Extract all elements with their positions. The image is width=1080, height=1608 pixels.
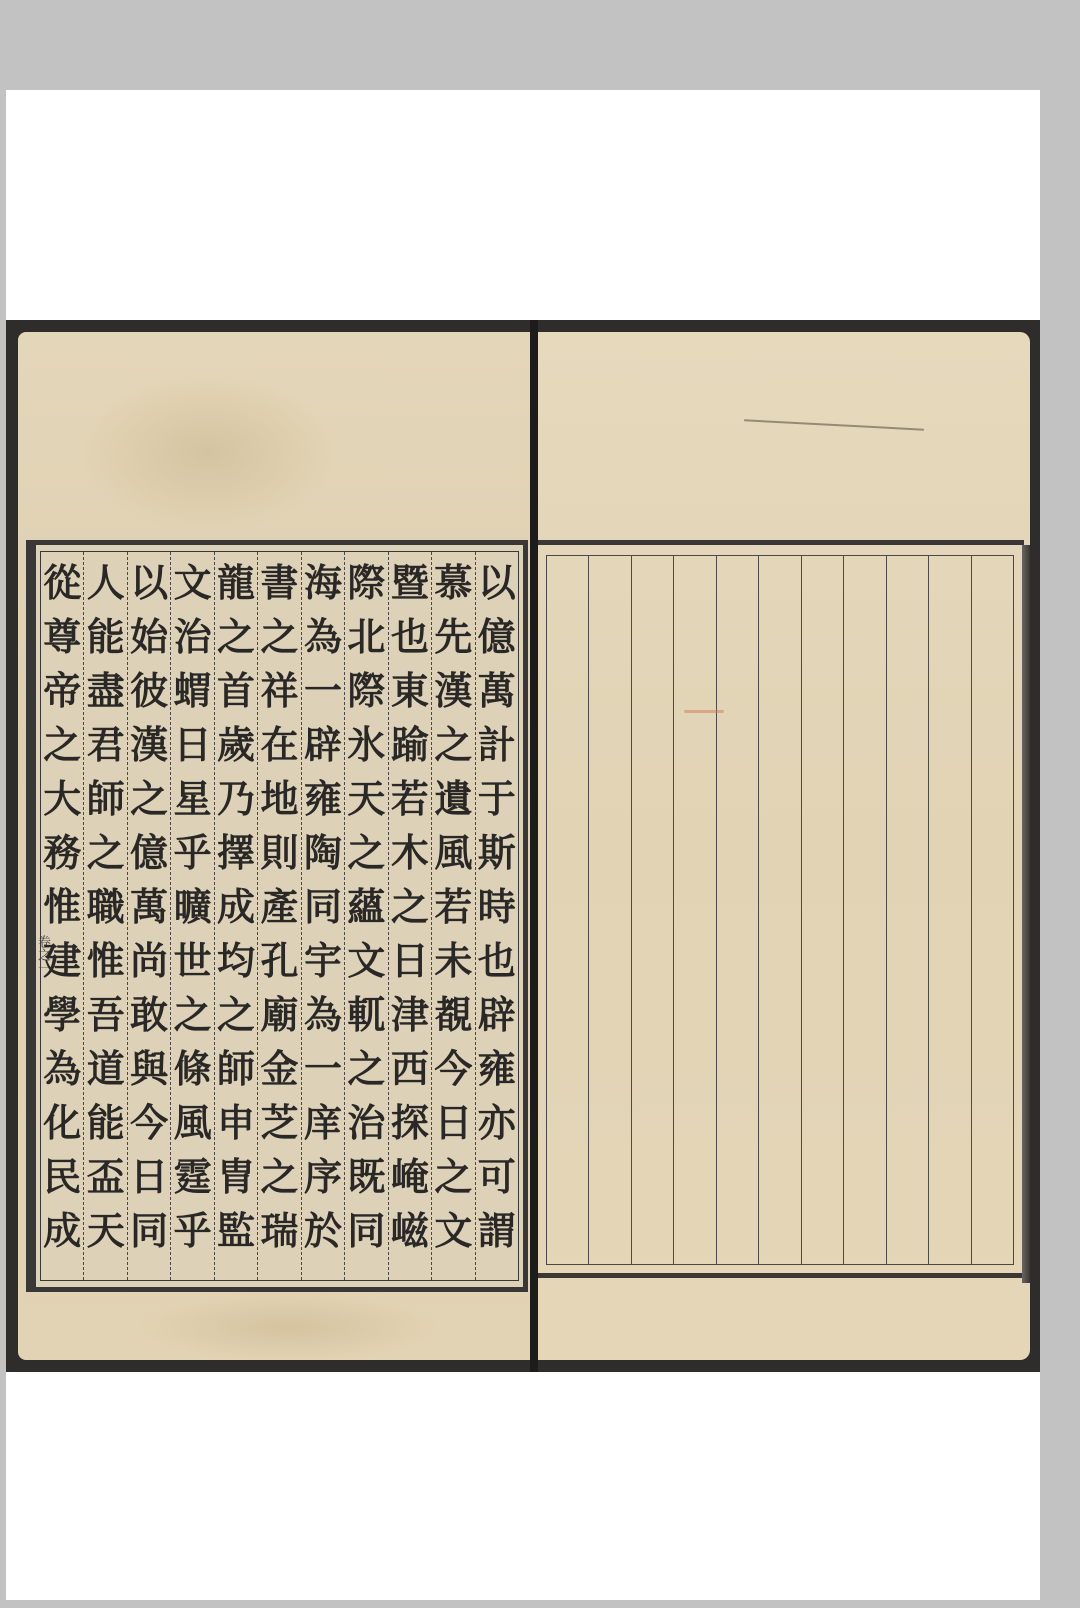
character: 天 bbox=[84, 1204, 126, 1258]
character: 歲 bbox=[215, 718, 257, 772]
character: 風 bbox=[171, 1096, 213, 1150]
character: 津 bbox=[389, 988, 431, 1042]
ruled-column bbox=[717, 556, 759, 1264]
character: 尊 bbox=[41, 610, 83, 664]
ruled-column bbox=[674, 556, 716, 1264]
character: 之 bbox=[84, 826, 126, 880]
text-column: 暨也東踰若木之日津西探崦嵫 bbox=[388, 552, 431, 1280]
character: 則 bbox=[258, 826, 300, 880]
character: 也 bbox=[389, 610, 431, 664]
character: 時 bbox=[476, 880, 518, 934]
character: 慕 bbox=[432, 556, 474, 610]
text-column: 文治蝟日星乎曠世之條風霆乎 bbox=[170, 552, 213, 1280]
character: 盃 bbox=[84, 1150, 126, 1204]
character: 同 bbox=[128, 1204, 170, 1258]
character: 斯 bbox=[476, 826, 518, 880]
character: 申 bbox=[215, 1096, 257, 1150]
character: 億 bbox=[476, 610, 518, 664]
character: 乃 bbox=[215, 772, 257, 826]
character: 亦 bbox=[476, 1096, 518, 1150]
character: 日 bbox=[432, 1096, 474, 1150]
character: 建 bbox=[41, 934, 83, 988]
character: 道 bbox=[84, 1042, 126, 1096]
character: 可 bbox=[476, 1150, 518, 1204]
character: 龍 bbox=[215, 556, 257, 610]
character: 北 bbox=[345, 610, 387, 664]
character: 西 bbox=[389, 1042, 431, 1096]
character: 蝟 bbox=[171, 664, 213, 718]
character: 敢 bbox=[128, 988, 170, 1042]
character: 際 bbox=[345, 664, 387, 718]
character: 億 bbox=[128, 826, 170, 880]
ruled-columns bbox=[546, 555, 1014, 1265]
character: 今 bbox=[128, 1096, 170, 1150]
character: 成 bbox=[41, 1204, 83, 1258]
character: 帝 bbox=[41, 664, 83, 718]
character: 治 bbox=[171, 610, 213, 664]
character: 未 bbox=[432, 934, 474, 988]
fold-margin-strip bbox=[26, 540, 36, 1292]
book-scan: 卷之一 以億萬計于斯時也辟雍亦可謂慕先漢之遺風若未覩今日之文暨也東踰若木之日津西… bbox=[6, 320, 1040, 1372]
ruled-column bbox=[929, 556, 971, 1264]
text-block: 卷之一 以億萬計于斯時也辟雍亦可謂慕先漢之遺風若未覩今日之文暨也東踰若木之日津西… bbox=[26, 540, 528, 1292]
character: 同 bbox=[302, 880, 344, 934]
ruled-column bbox=[972, 556, 1013, 1264]
character: 均 bbox=[215, 934, 257, 988]
character: 彼 bbox=[128, 664, 170, 718]
ruled-column bbox=[547, 556, 589, 1264]
ruled-column bbox=[759, 556, 801, 1264]
character: 尚 bbox=[128, 934, 170, 988]
right-page bbox=[534, 332, 1030, 1360]
character: 之 bbox=[215, 988, 257, 1042]
character: 職 bbox=[84, 880, 126, 934]
character: 瑞 bbox=[258, 1204, 300, 1258]
book-spine bbox=[530, 320, 538, 1372]
text-columns: 以億萬計于斯時也辟雍亦可謂慕先漢之遺風若未覩今日之文暨也東踰若木之日津西探崦嵫際… bbox=[40, 551, 519, 1281]
character: 先 bbox=[432, 610, 474, 664]
character: 辟 bbox=[476, 988, 518, 1042]
text-column: 慕先漢之遺風若未覩今日之文 bbox=[431, 552, 474, 1280]
character: 之 bbox=[128, 772, 170, 826]
text-column: 以億萬計于斯時也辟雍亦可謂 bbox=[475, 552, 518, 1280]
character: 宇 bbox=[302, 934, 344, 988]
character: 成 bbox=[215, 880, 257, 934]
character: 之 bbox=[258, 610, 300, 664]
paper-stain bbox=[78, 372, 338, 532]
character: 文 bbox=[432, 1204, 474, 1258]
character: 之 bbox=[215, 610, 257, 664]
text-column: 從尊帝之大務惟建學為化民成 bbox=[41, 552, 83, 1280]
character: 之 bbox=[432, 1150, 474, 1204]
character: 萬 bbox=[128, 880, 170, 934]
character: 以 bbox=[128, 556, 170, 610]
character: 師 bbox=[84, 772, 126, 826]
character: 庠 bbox=[302, 1096, 344, 1150]
character: 遺 bbox=[432, 772, 474, 826]
character: 首 bbox=[215, 664, 257, 718]
character: 民 bbox=[41, 1150, 83, 1204]
character: 蘊 bbox=[345, 880, 387, 934]
character: 金 bbox=[258, 1042, 300, 1096]
character: 芝 bbox=[258, 1096, 300, 1150]
character: 東 bbox=[389, 664, 431, 718]
character: 與 bbox=[128, 1042, 170, 1096]
character: 陶 bbox=[302, 826, 344, 880]
character: 氷 bbox=[345, 718, 387, 772]
character: 地 bbox=[258, 772, 300, 826]
character: 嵫 bbox=[389, 1204, 431, 1258]
character: 若 bbox=[389, 772, 431, 826]
character: 務 bbox=[41, 826, 83, 880]
character: 祥 bbox=[258, 664, 300, 718]
character: 軏 bbox=[345, 988, 387, 1042]
character: 化 bbox=[41, 1096, 83, 1150]
character: 盡 bbox=[84, 664, 126, 718]
text-column: 海為一辟雍陶同宇為一庠序於 bbox=[301, 552, 344, 1280]
character: 在 bbox=[258, 718, 300, 772]
character: 人 bbox=[84, 556, 126, 610]
character: 之 bbox=[258, 1150, 300, 1204]
character: 若 bbox=[432, 880, 474, 934]
character: 雍 bbox=[302, 772, 344, 826]
character: 文 bbox=[345, 934, 387, 988]
text-column: 書之祥在地則產孔廟金芝之瑞 bbox=[257, 552, 300, 1280]
character: 今 bbox=[432, 1042, 474, 1096]
character: 於 bbox=[302, 1204, 344, 1258]
character: 為 bbox=[302, 988, 344, 1042]
character: 于 bbox=[476, 772, 518, 826]
character: 之 bbox=[345, 826, 387, 880]
character: 雍 bbox=[476, 1042, 518, 1096]
fold-edge-strip bbox=[1022, 545, 1030, 1283]
character: 星 bbox=[171, 772, 213, 826]
paper-stain bbox=[138, 1292, 438, 1362]
character: 天 bbox=[345, 772, 387, 826]
character: 廟 bbox=[258, 988, 300, 1042]
character: 日 bbox=[128, 1150, 170, 1204]
character: 序 bbox=[302, 1150, 344, 1204]
left-page: 卷之一 以億萬計于斯時也辟雍亦可謂慕先漢之遺風若未覩今日之文暨也東踰若木之日津西… bbox=[18, 332, 538, 1360]
character: 文 bbox=[171, 556, 213, 610]
character: 為 bbox=[302, 610, 344, 664]
character: 胄 bbox=[215, 1150, 257, 1204]
character: 也 bbox=[476, 934, 518, 988]
ruled-block bbox=[534, 540, 1024, 1278]
character: 書 bbox=[258, 556, 300, 610]
character: 際 bbox=[345, 556, 387, 610]
character: 以 bbox=[476, 556, 518, 610]
ruled-column bbox=[589, 556, 631, 1264]
character: 覩 bbox=[432, 988, 474, 1042]
character: 能 bbox=[84, 610, 126, 664]
ruled-column bbox=[844, 556, 886, 1264]
character: 之 bbox=[345, 1042, 387, 1096]
character: 暨 bbox=[389, 556, 431, 610]
text-column: 以始彼漢之億萬尚敢與今日同 bbox=[127, 552, 170, 1280]
paper-scratch bbox=[744, 419, 924, 430]
character: 萬 bbox=[476, 664, 518, 718]
character: 能 bbox=[84, 1096, 126, 1150]
character: 踰 bbox=[389, 718, 431, 772]
character: 謂 bbox=[476, 1204, 518, 1258]
character: 海 bbox=[302, 556, 344, 610]
character: 漢 bbox=[128, 718, 170, 772]
character: 君 bbox=[84, 718, 126, 772]
text-column: 際北際氷天之蘊文軏之治既同 bbox=[344, 552, 387, 1280]
character: 為 bbox=[41, 1042, 83, 1096]
character: 曠 bbox=[171, 880, 213, 934]
character: 乎 bbox=[171, 826, 213, 880]
character: 霆 bbox=[171, 1150, 213, 1204]
text-column: 龍之首歲乃擇成均之師申胄監 bbox=[214, 552, 257, 1280]
character: 之 bbox=[171, 988, 213, 1042]
character: 辟 bbox=[302, 718, 344, 772]
character: 一 bbox=[302, 664, 344, 718]
character: 師 bbox=[215, 1042, 257, 1096]
character: 之 bbox=[41, 718, 83, 772]
character: 吾 bbox=[84, 988, 126, 1042]
character: 木 bbox=[389, 826, 431, 880]
character: 漢 bbox=[432, 664, 474, 718]
character: 產 bbox=[258, 880, 300, 934]
character: 之 bbox=[432, 718, 474, 772]
character: 日 bbox=[389, 934, 431, 988]
character: 風 bbox=[432, 826, 474, 880]
character: 世 bbox=[171, 934, 213, 988]
character: 同 bbox=[345, 1204, 387, 1258]
character: 乎 bbox=[171, 1204, 213, 1258]
character: 始 bbox=[128, 610, 170, 664]
character: 治 bbox=[345, 1096, 387, 1150]
character: 一 bbox=[302, 1042, 344, 1096]
character: 學 bbox=[41, 988, 83, 1042]
character: 擇 bbox=[215, 826, 257, 880]
character: 崦 bbox=[389, 1150, 431, 1204]
ruled-column bbox=[887, 556, 929, 1264]
character: 日 bbox=[171, 718, 213, 772]
red-ink-mark bbox=[684, 710, 724, 713]
character: 孔 bbox=[258, 934, 300, 988]
ruled-column bbox=[632, 556, 674, 1264]
character: 計 bbox=[476, 718, 518, 772]
character: 之 bbox=[389, 880, 431, 934]
character: 監 bbox=[215, 1204, 257, 1258]
character: 探 bbox=[389, 1096, 431, 1150]
character: 從 bbox=[41, 556, 83, 610]
character: 大 bbox=[41, 772, 83, 826]
character: 條 bbox=[171, 1042, 213, 1096]
character: 既 bbox=[345, 1150, 387, 1204]
character: 惟 bbox=[84, 934, 126, 988]
ruled-column bbox=[802, 556, 844, 1264]
text-column: 人能盡君師之職惟吾道能盃天 bbox=[83, 552, 126, 1280]
character: 惟 bbox=[41, 880, 83, 934]
